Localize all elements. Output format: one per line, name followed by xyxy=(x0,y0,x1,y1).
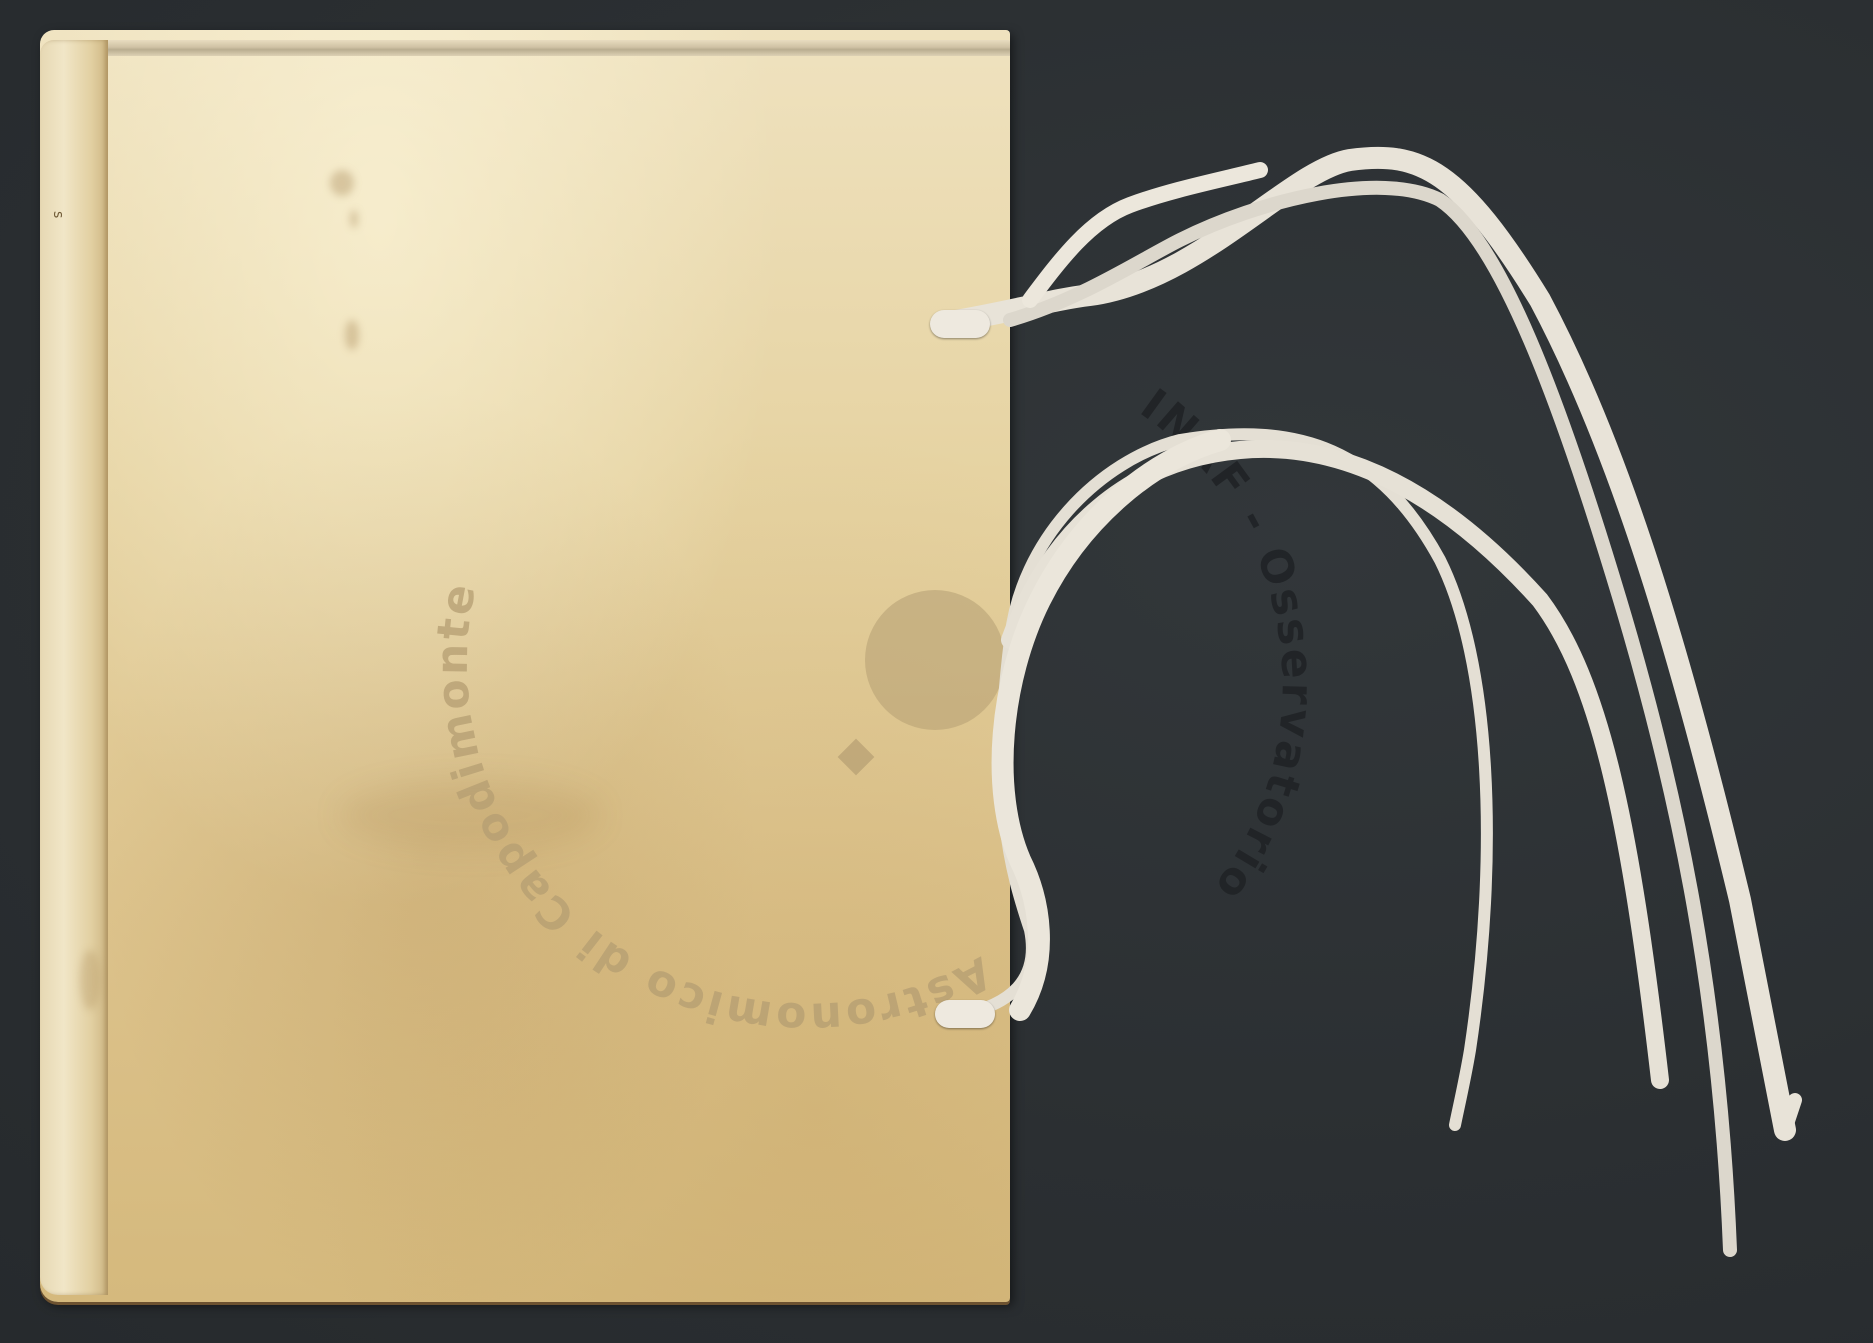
tie-lower-strand-2 xyxy=(1010,449,1660,1080)
tie-lower-strand-1 xyxy=(960,434,1487,1125)
tie-anchor-upper xyxy=(930,310,990,338)
tie-anchor-lower xyxy=(935,1000,995,1028)
book-ties xyxy=(0,0,1873,1343)
tie-upper-second xyxy=(1010,188,1730,1250)
tie-upper-long xyxy=(950,158,1785,1130)
